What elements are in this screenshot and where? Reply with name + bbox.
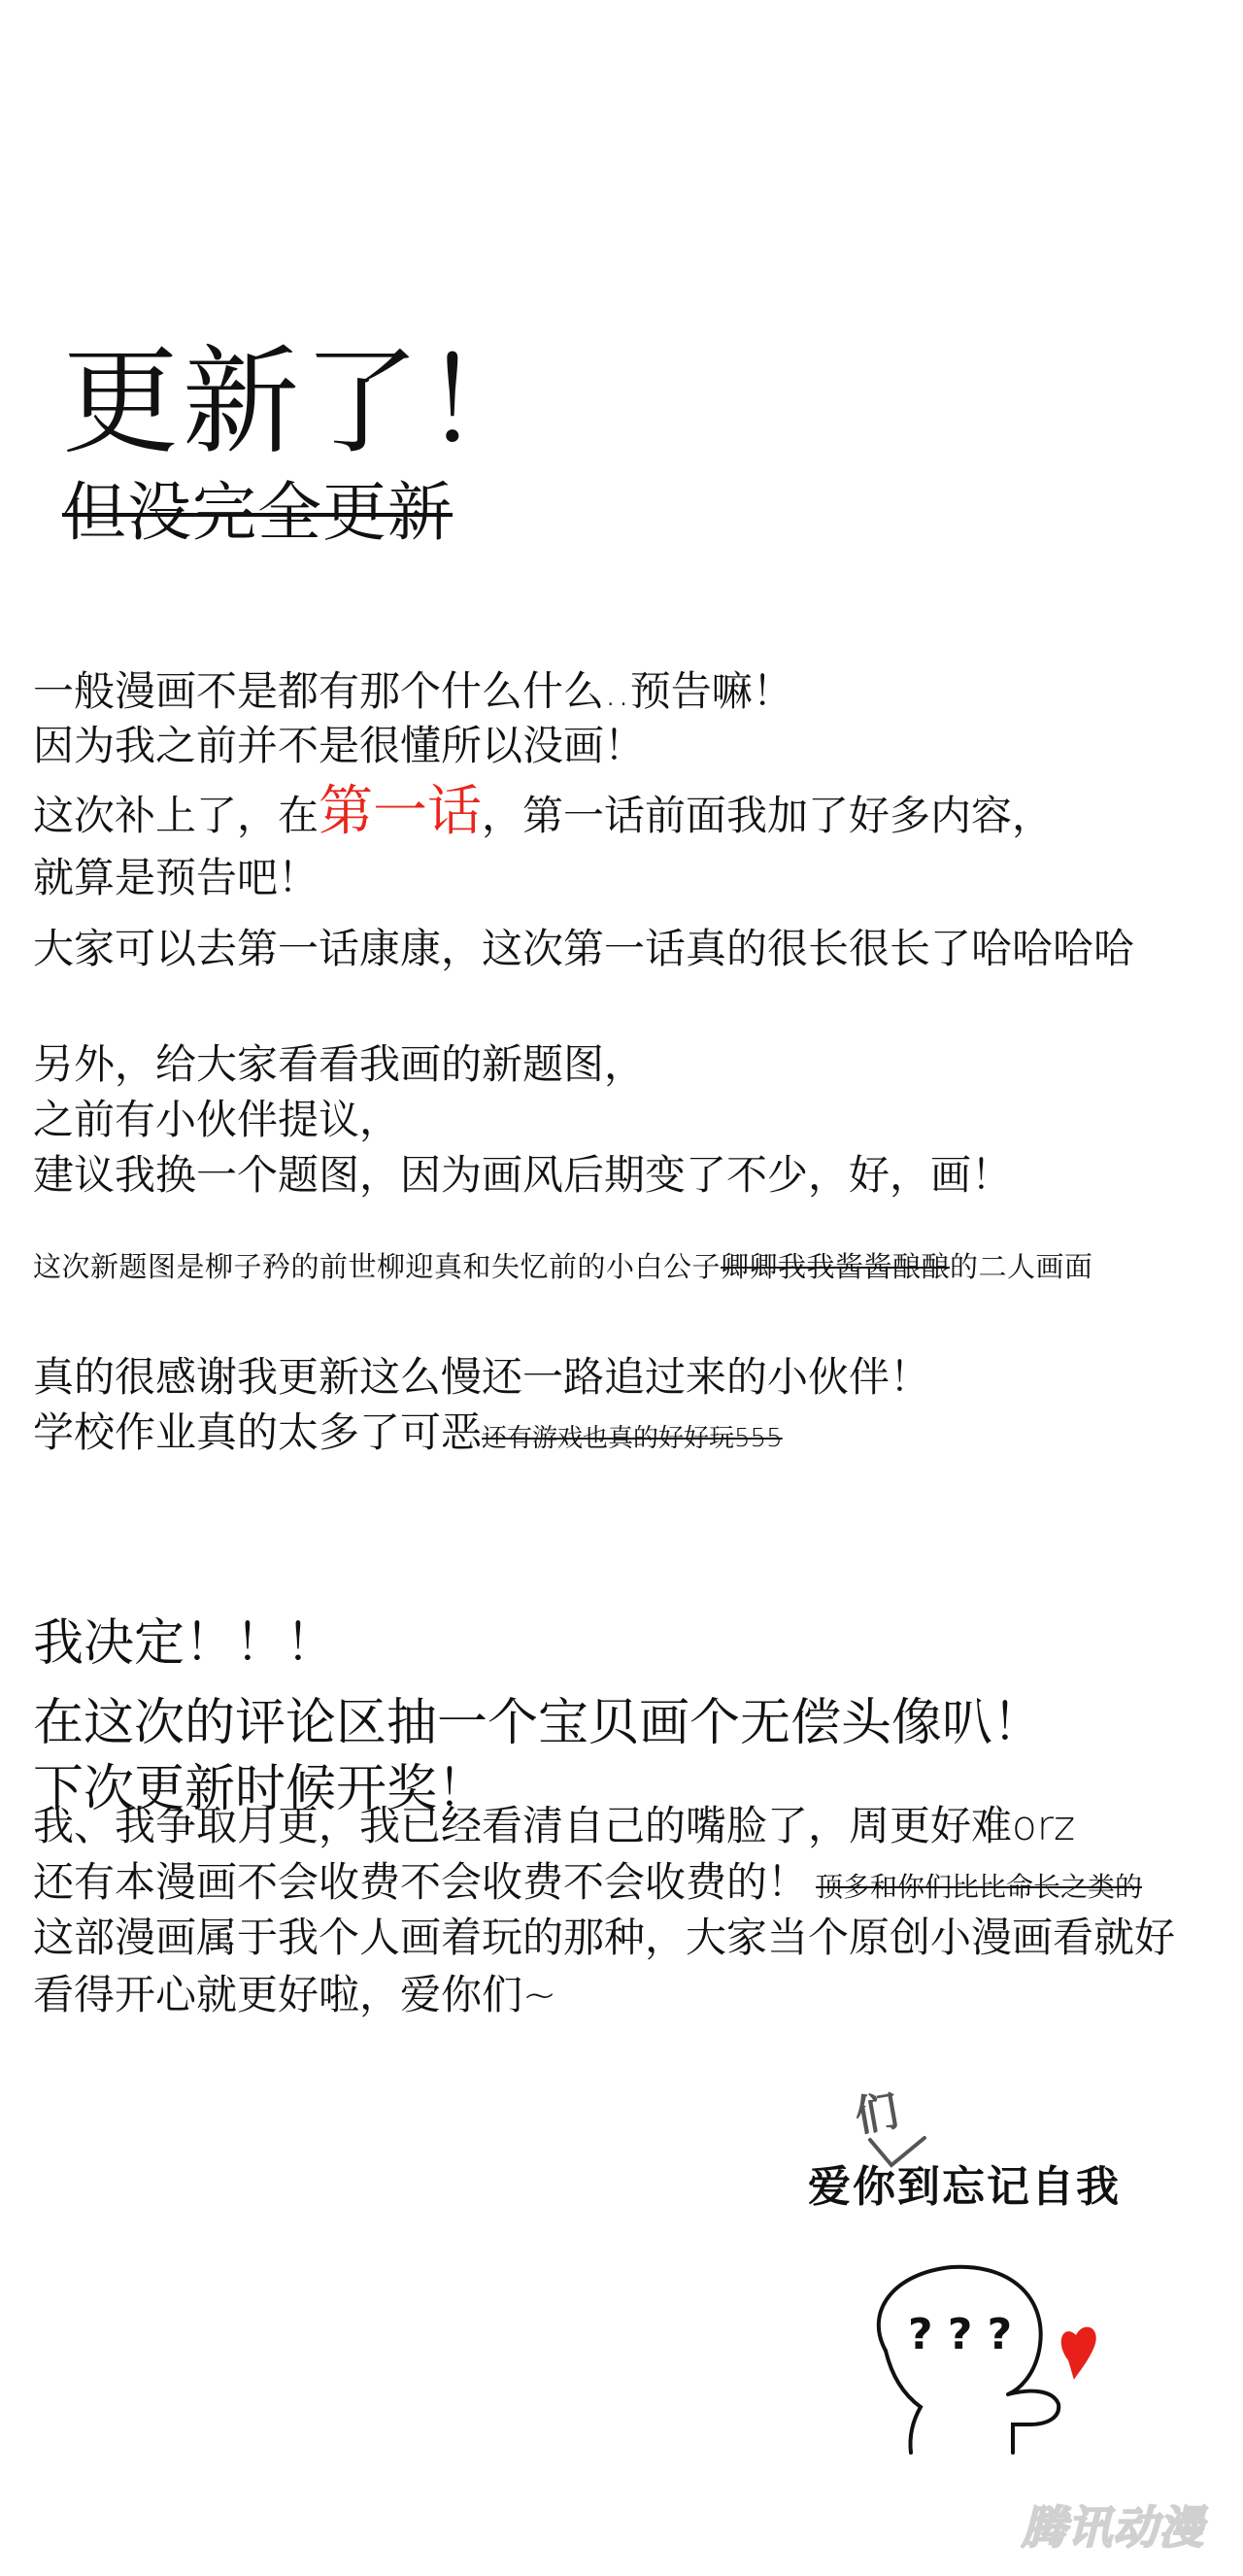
confused-character-icon: ? ? ?	[835, 2234, 1107, 2457]
closing-line4: 看得开心就更好啦，爱你们~	[33, 1968, 556, 2022]
highlight-first-episode: 第一话	[319, 780, 482, 843]
closing-line2-text: 还有本漫画不会收费不会收费不会收费的！	[33, 1858, 808, 1906]
closing-line1: 我、我争取月更，我已经看清自己的嘴脸了，周更好难orz	[33, 1799, 1075, 1853]
note-suffix: 的二人画面	[950, 1250, 1093, 1283]
paragraph1-line1: 一般漫画不是都有那个什么什么..预告嘛！	[33, 664, 793, 719]
paragraph1-line5: 大家可以去第一话康康，这次第一话真的很长很长了哈哈哈哈	[33, 922, 1134, 976]
thanks-line2: 学校作业真的太多了可恶还有游戏也真的好好玩555	[33, 1406, 783, 1466]
paragraph1-line4: 就算是预告吧！	[33, 851, 319, 905]
struck-subtitle: 但没完全更新	[62, 472, 453, 554]
closing-line3: 这部漫画属于我个人画着玩的那种，大家当个原创小漫画看就好	[33, 1911, 1175, 1965]
sticker-caption: 爱你到忘记自我	[808, 2158, 1121, 2217]
closing-line2-struck: 顶多和你们比比命长之类的	[816, 1871, 1142, 1903]
line3-suffix: ，第一话前面我加了好多内容，	[482, 792, 1053, 839]
paragraph2-line2: 之前有小伙伴提议，	[33, 1093, 400, 1147]
watermark-logo: 腾讯动漫	[1022, 2498, 1204, 2557]
title-image-note: 这次新题图是柳子矜的前世柳迎真和失忆前的小白公子卿卿我我酱酱酿酿的二人画面	[33, 1247, 1093, 1286]
question-marks: ? ? ?	[908, 2310, 1012, 2359]
note-struck: 卿卿我我酱酱酿酿	[721, 1250, 950, 1283]
page-title: 更新了！	[62, 330, 544, 476]
paragraph2-line1: 另外，给大家看看我画的新题图，	[33, 1037, 645, 1092]
paragraph1-line3: 这次补上了，在第一话，第一话前面我加了好多内容，	[33, 780, 1053, 848]
line3-prefix: 这次补上了，在	[33, 792, 319, 839]
announce-line1: 我决定！！！	[33, 1603, 336, 1684]
paragraph2-line3: 建议我换一个题图，因为画风后期变了不少，好，画！	[33, 1148, 1012, 1203]
thanks-line1: 真的很感谢我更新这么慢还一路追过来的小伙伴！	[33, 1350, 930, 1405]
announce-line2: 在这次的评论区抽一个宝贝画个无偿头像叭！	[33, 1682, 1043, 1764]
thanks-line2-struck: 还有游戏也真的好好玩555	[482, 1424, 783, 1453]
closing-line2: 还有本漫画不会收费不会收费不会收费的！顶多和你们比比命长之类的	[33, 1855, 1142, 1915]
thanks-line2-text: 学校作业真的太多了可恶	[33, 1408, 482, 1456]
note-prefix: 这次新题图是柳子矜的前世柳迎真和失忆前的小白公子	[33, 1250, 721, 1283]
paragraph1-line2: 因为我之前并不是很懂所以没画！	[33, 719, 645, 773]
heart-icon	[1061, 2327, 1096, 2380]
